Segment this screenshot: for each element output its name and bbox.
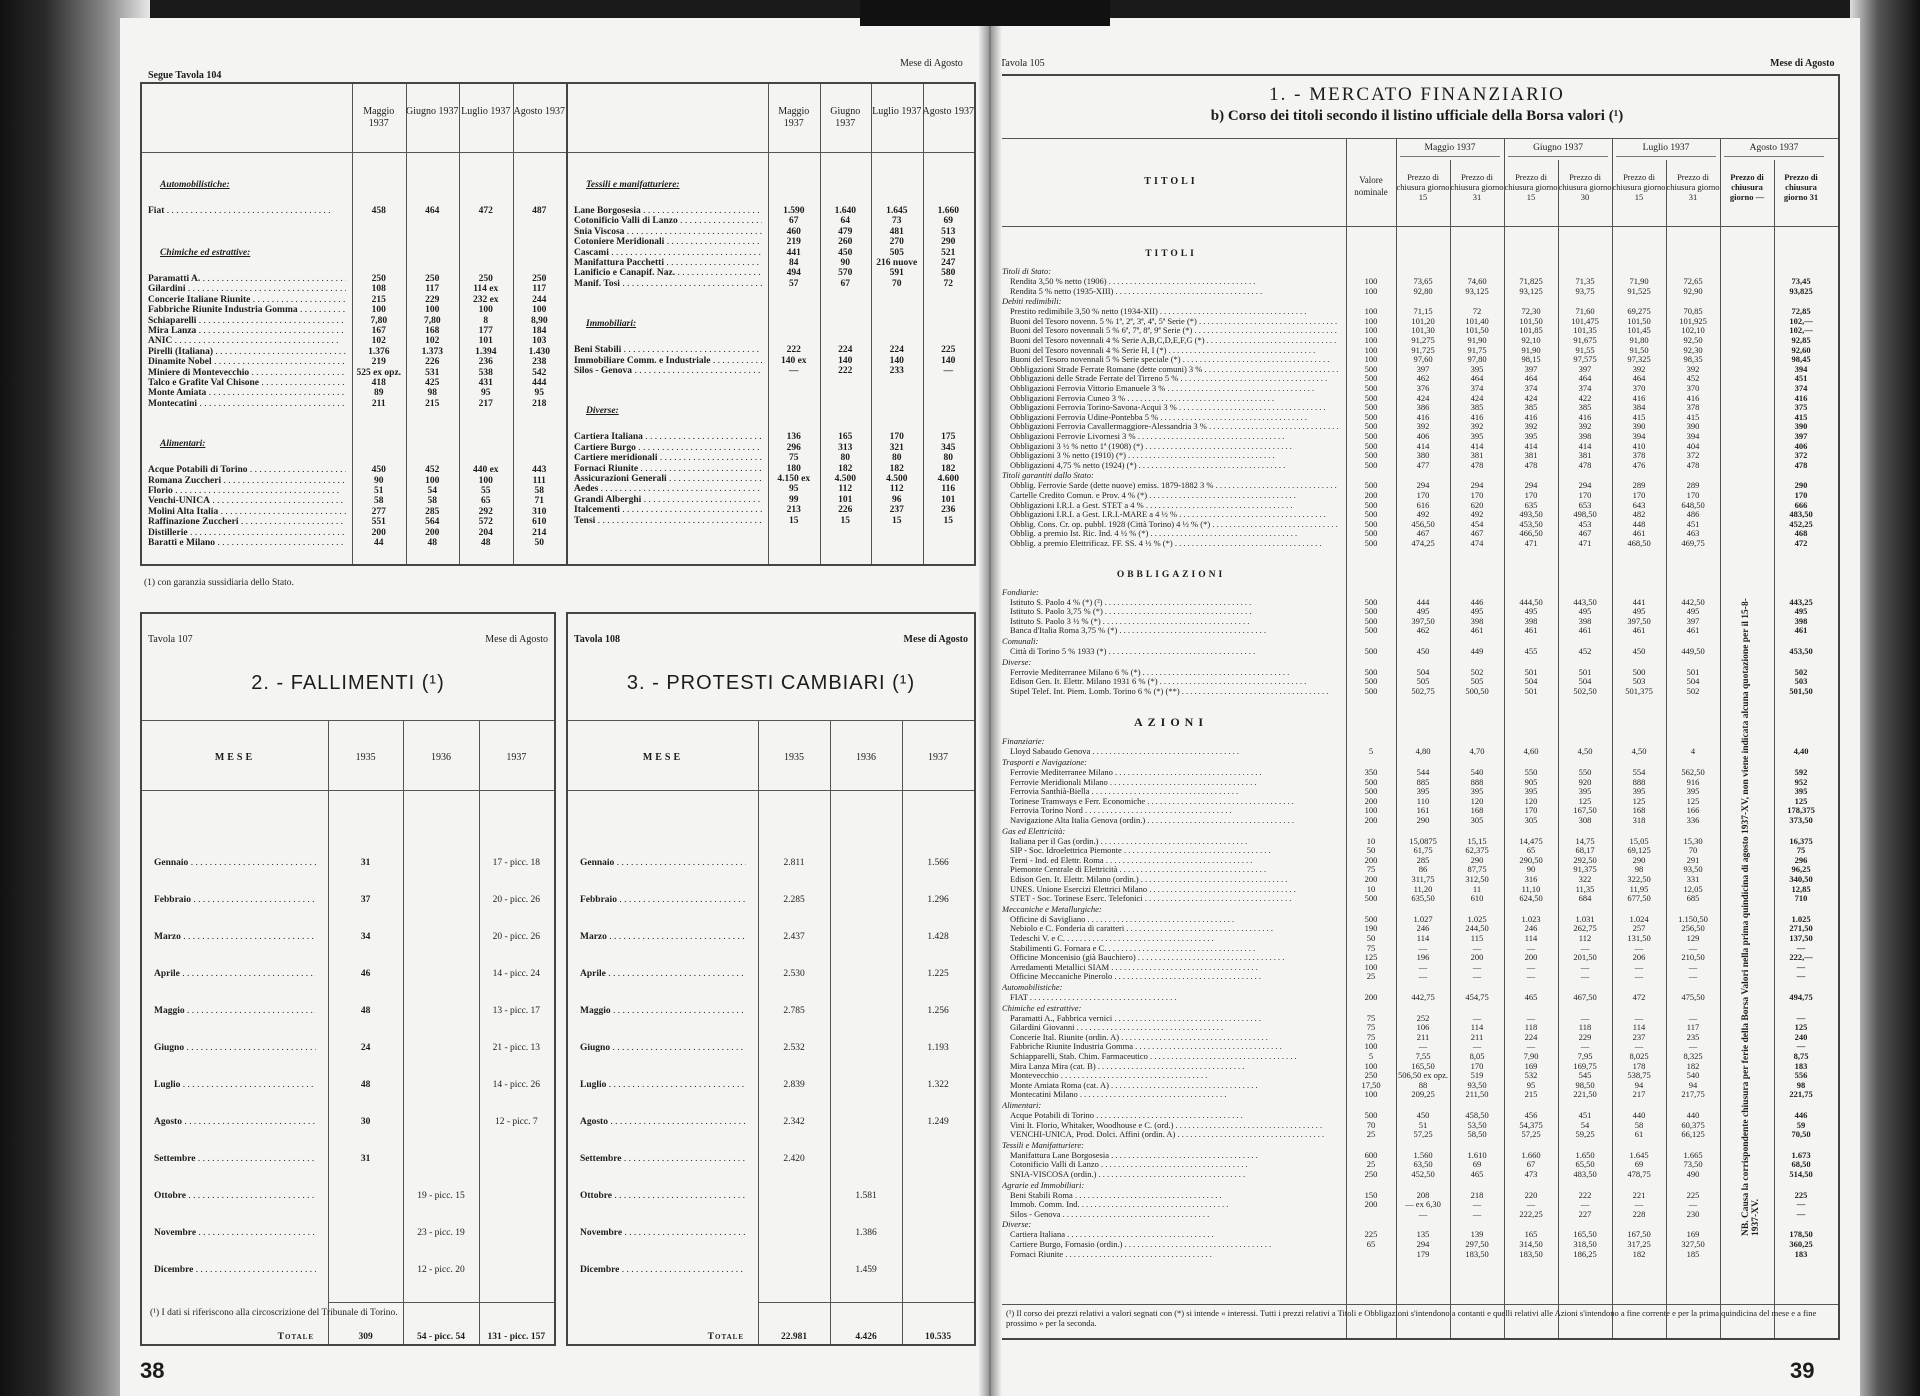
table107-footnote: (¹) I dati si riferiscono alla circoscri… <box>150 1308 398 1318</box>
price-value: 635,50 <box>1396 893 1450 903</box>
price-value: 190 <box>1346 923 1396 933</box>
price-value: 414 <box>1450 441 1504 451</box>
total-value: 309 <box>328 1332 403 1344</box>
price-value: 374 <box>1558 383 1612 393</box>
price-value: 101,50 <box>1450 325 1504 335</box>
titolo-label: Cartiera Italiana <box>1010 1229 1338 1239</box>
price-value: 211 <box>1450 1032 1504 1042</box>
price-value: 504 <box>1504 676 1558 686</box>
price-value: 424 <box>1396 393 1450 403</box>
price-value: — <box>1504 1199 1558 1209</box>
cell-value: 72 <box>923 279 975 291</box>
price-value: 178 <box>1612 1061 1666 1071</box>
price-value: 230 <box>1666 1209 1720 1219</box>
price-value: 170 <box>1612 490 1666 500</box>
table107-caption: Tavola 107 <box>148 634 193 645</box>
price-value: 501 <box>1558 667 1612 677</box>
titolo-label: Italiana per il Gas (ordin.) <box>1010 836 1338 846</box>
price-value: 93,75 <box>1558 286 1612 296</box>
price-value: 312,50 <box>1450 874 1504 884</box>
titolo-label: Rendita 5 % netto (1935-XIII) <box>1010 286 1338 296</box>
right-page: Tavola 105 Mese di Agosto 1. - MERCATO F… <box>990 18 1860 1396</box>
price-value: 501 <box>1504 686 1558 696</box>
price-value: 501 <box>1666 667 1720 677</box>
price-value: 98,45 <box>1774 354 1828 364</box>
column-divider <box>902 720 903 1344</box>
month-label: Gennaio <box>154 858 316 870</box>
column-header: Luglio 1937 <box>459 106 513 118</box>
price-value: 390 <box>1612 421 1666 431</box>
price-value: 201,50 <box>1558 952 1612 962</box>
price-value: 93,50 <box>1450 1080 1504 1090</box>
price-value: 217,75 <box>1666 1089 1720 1099</box>
price-value: 4,60 <box>1504 746 1558 756</box>
price-value: 68,17 <box>1558 845 1612 855</box>
price-value: 395 <box>1504 786 1558 796</box>
price-subheader: Prezzo di chiusura giorno 15 <box>1396 172 1450 202</box>
price-value: 440 <box>1666 1110 1720 1120</box>
price-value: 1.650 <box>1558 1150 1612 1160</box>
price-value: 182 <box>1612 1249 1666 1259</box>
month-label: Giugno <box>154 1043 316 1055</box>
price-value: 62,375 <box>1450 845 1504 855</box>
price-value: 397 <box>1504 364 1558 374</box>
price-value: 502 <box>1774 667 1828 677</box>
price-value: — <box>1396 1041 1450 1051</box>
price-value: 500 <box>1346 914 1396 924</box>
price-value: 92,50 <box>1666 335 1720 345</box>
price-value: 297,50 <box>1450 1239 1504 1249</box>
price-value: 478 <box>1666 460 1720 470</box>
price-value: 500 <box>1346 519 1396 529</box>
price-value: 161 <box>1396 805 1450 815</box>
price-value: 397 <box>1396 364 1450 374</box>
price-value: 101,40 <box>1450 316 1504 326</box>
price-value: 54 <box>1558 1120 1612 1130</box>
cell-value: 215 <box>406 399 460 411</box>
column-header-mese: MESE <box>568 752 758 764</box>
header-divider <box>142 152 566 153</box>
column-header: Giugno 1937 <box>406 106 460 118</box>
price-value: 14,75 <box>1558 836 1612 846</box>
price-value: 478 <box>1774 460 1828 470</box>
price-value: 91,80 <box>1612 335 1666 345</box>
price-value: 69,125 <box>1612 845 1666 855</box>
titolo-label: Prestito redimibile 3,50 % netto (1934-X… <box>1010 306 1338 316</box>
price-value: 478 <box>1558 460 1612 470</box>
price-value: 92,90 <box>1666 286 1720 296</box>
cell-value: 17 - picc. 18 <box>479 858 554 870</box>
table104-footnote: (1) con garanzia sussidiaria dello Stato… <box>144 578 294 588</box>
price-value: 114 <box>1612 1022 1666 1032</box>
price-value: 677,50 <box>1612 893 1666 903</box>
price-value: 125 <box>1346 952 1396 962</box>
price-value: 472 <box>1612 992 1666 1002</box>
price-value: 500 <box>1346 450 1396 460</box>
price-value: 8,05 <box>1450 1051 1504 1061</box>
titolo-label: FIAT <box>1010 992 1338 1002</box>
price-value: — <box>1558 1041 1612 1051</box>
price-value: 477 <box>1396 460 1450 470</box>
price-value: 125 <box>1612 796 1666 806</box>
price-value: 1.025 <box>1450 914 1504 924</box>
totals-label: Totale <box>708 1332 744 1344</box>
month-label: Dicembre <box>154 1265 316 1277</box>
group-name: Chimiche ed estrattive: <box>1002 1003 1081 1013</box>
month-header: Maggio 1937 <box>1396 142 1504 154</box>
price-value: 117 <box>1666 1022 1720 1032</box>
cell-value: 21 - picc. 13 <box>479 1043 554 1055</box>
price-value: 500 <box>1346 686 1396 696</box>
price-value: 97,575 <box>1558 354 1612 364</box>
price-value: 246 <box>1504 923 1558 933</box>
price-value: 185 <box>1666 1249 1720 1259</box>
column-divider <box>830 720 831 1344</box>
price-value: 392 <box>1558 421 1612 431</box>
price-value: — <box>1774 962 1828 972</box>
titolo-label: Buoni del Tesoro novennali 4 % Serie A,B… <box>1010 335 1338 345</box>
price-value: 454,75 <box>1450 992 1504 1002</box>
titolo-label: Cartelle Credito Comun. e Prov. 4 % (*) <box>1010 490 1338 500</box>
price-value: 666 <box>1774 500 1828 510</box>
price-value: — <box>1504 943 1558 953</box>
price-value: 73,50 <box>1666 1159 1720 1169</box>
price-value: 211,50 <box>1450 1089 1504 1099</box>
price-value: 71,825 <box>1504 276 1558 286</box>
price-value: 500 <box>1346 597 1396 607</box>
price-value: 500 <box>1346 893 1396 903</box>
price-value: — <box>1612 1199 1666 1209</box>
price-value: 97,60 <box>1396 354 1450 364</box>
footnote-rule <box>996 1304 1838 1305</box>
price-value: 493,50 <box>1504 509 1558 519</box>
price-value: 392 <box>1504 421 1558 431</box>
price-value: 308 <box>1558 815 1612 825</box>
price-value: 416 <box>1774 393 1828 403</box>
price-value: 498,50 <box>1558 509 1612 519</box>
titolo-label: Istituto S. Paolo 3,75 % (*) <box>1010 606 1338 616</box>
price-value: 10 <box>1346 836 1396 846</box>
titolo-label: Ferrovie Meridionali Milano <box>1010 777 1338 787</box>
price-value: 395 <box>1450 786 1504 796</box>
titolo-label: Istituto S. Paolo 3 ½ % (*) <box>1010 616 1338 626</box>
price-value: 684 <box>1558 893 1612 903</box>
price-value: 66,125 <box>1666 1129 1720 1139</box>
price-value: — <box>1504 962 1558 972</box>
price-value: 183 <box>1774 1061 1828 1071</box>
titolo-label: Obblig. a premio Ist. Ric. Ind. 4 ½ % (*… <box>1010 528 1338 538</box>
titolo-label: Buoni del Tesoro novennali 5 % Serie spe… <box>1010 354 1338 364</box>
price-value: 500 <box>1346 500 1396 510</box>
price-value: — <box>1450 962 1504 972</box>
month-label: Agosto <box>154 1117 316 1129</box>
price-value: 446 <box>1450 597 1504 607</box>
price-value: 385 <box>1504 402 1558 412</box>
month-subrule <box>1508 156 1608 157</box>
cell-value: 1.249 <box>902 1117 974 1129</box>
row-label: Tensi <box>574 516 762 528</box>
price-value: 474 <box>1450 538 1504 548</box>
price-value: 215 <box>1504 1089 1558 1099</box>
cell-value: 2.785 <box>758 1006 830 1018</box>
price-value: 65 <box>1504 845 1558 855</box>
price-value: 540 <box>1666 1070 1720 1080</box>
book-edge-right <box>1850 0 1920 1396</box>
price-value: 450 <box>1396 1110 1450 1120</box>
price-value: 5 <box>1346 746 1396 756</box>
price-value: 394 <box>1774 364 1828 374</box>
price-value: 72,30 <box>1504 306 1558 316</box>
column-header-year: 1937 <box>479 752 554 764</box>
price-value: 454 <box>1450 519 1504 529</box>
price-value: 167,50 <box>1612 1229 1666 1239</box>
month-label: Luglio <box>154 1080 316 1092</box>
price-value: — <box>1396 943 1450 953</box>
price-subheader: Prezzo di chiusura giorno 31 <box>1774 172 1828 202</box>
price-value: 170 <box>1504 490 1558 500</box>
price-value: 100 <box>1346 1041 1396 1051</box>
price-value: 448 <box>1612 519 1666 529</box>
price-value: 7,55 <box>1396 1051 1450 1061</box>
price-value: 290 <box>1450 855 1504 865</box>
month-label: Giugno <box>580 1043 746 1055</box>
price-value: 464 <box>1558 373 1612 383</box>
cell-value: 70 <box>871 279 923 291</box>
price-value: 492 <box>1396 509 1450 519</box>
price-value: 101,85 <box>1504 325 1558 335</box>
price-value: 7,90 <box>1504 1051 1558 1061</box>
price-value: 452 <box>1558 646 1612 656</box>
price-value: 294 <box>1396 480 1450 490</box>
total-value: 54 - picc. 54 <box>403 1332 478 1344</box>
titolo-label: Obbligazioni I.R.I. a Gest. STET a 4 % <box>1010 500 1338 510</box>
price-value: 395 <box>1558 786 1612 796</box>
price-value: 98,50 <box>1558 1080 1612 1090</box>
price-value: 395 <box>1450 431 1504 441</box>
cell-value: 12 - picc. 7 <box>479 1117 554 1129</box>
price-value: 416 <box>1504 412 1558 422</box>
price-value: 464 <box>1504 373 1558 383</box>
cell-value: 218 <box>513 399 567 411</box>
price-value: 624,50 <box>1504 893 1558 903</box>
cell-value: 1.322 <box>902 1080 974 1092</box>
price-value: 322 <box>1558 874 1612 884</box>
price-value: 290,50 <box>1504 855 1558 865</box>
price-value: 885 <box>1396 777 1450 787</box>
price-value: 372 <box>1666 450 1720 460</box>
price-value: 101,30 <box>1396 325 1450 335</box>
price-value: 450 <box>1396 646 1450 656</box>
price-value: 221,50 <box>1558 1089 1612 1099</box>
price-value: 4,80 <box>1396 746 1450 756</box>
price-value: 75 <box>1346 864 1396 874</box>
price-value: — <box>1450 943 1504 953</box>
price-value: 224 <box>1504 1032 1558 1042</box>
price-value: 550 <box>1558 767 1612 777</box>
price-value: 471 <box>1558 538 1612 548</box>
titolo-label: Ferrovia Santhià-Biella <box>1010 786 1338 796</box>
price-value: 415 <box>1666 412 1720 422</box>
price-value: 91,375 <box>1558 864 1612 874</box>
titolo-label: Obbligazioni Strade Ferrate Romane (dett… <box>1010 364 1338 374</box>
table104-right-half: Maggio 1937Giugno 1937Luglio 1937Agosto … <box>566 82 976 566</box>
table104-left-half: Maggio 1937Giugno 1937Luglio 1937Agosto … <box>140 82 568 566</box>
price-value: 370 <box>1612 383 1666 393</box>
price-value: 129 <box>1666 933 1720 943</box>
price-value: 200 <box>1346 855 1396 865</box>
cell-value: 13 - picc. 17 <box>479 1006 554 1018</box>
price-value: 289 <box>1666 480 1720 490</box>
price-value: 483,50 <box>1774 509 1828 519</box>
column-header-year: 1935 <box>328 752 403 764</box>
price-value: 461 <box>1612 528 1666 538</box>
cell-value: 472 <box>459 206 513 218</box>
column-header: Maggio 1937 <box>352 106 406 130</box>
header-bottom-rule <box>568 790 974 791</box>
price-value: 257 <box>1612 923 1666 933</box>
price-value: 350 <box>1346 767 1396 777</box>
total-value: 131 - picc. 157 <box>479 1332 554 1344</box>
table105-caption: Tavola 105 <box>1000 58 1045 69</box>
price-value: 101,20 <box>1396 316 1450 326</box>
price-value: — <box>1396 962 1450 972</box>
price-value: 643 <box>1612 500 1666 510</box>
price-value: 102,— <box>1774 316 1828 326</box>
price-value: 73,45 <box>1774 276 1828 286</box>
titolo-label: Obbligazioni 4,75 % netto (1924) (*) <box>1010 460 1338 470</box>
price-value: 449 <box>1450 646 1504 656</box>
price-value: 502 <box>1450 667 1504 677</box>
cell-value: 2.342 <box>758 1117 830 1129</box>
price-value: 415 <box>1774 412 1828 422</box>
column-header: Agosto 1937 <box>923 106 975 118</box>
price-value: 318,50 <box>1558 1239 1612 1249</box>
price-value: 294 <box>1504 480 1558 490</box>
price-value: 501 <box>1504 667 1558 677</box>
cell-value: 20 - picc. 26 <box>479 895 554 907</box>
price-value: 500 <box>1346 373 1396 383</box>
price-value: 97,80 <box>1450 354 1504 364</box>
price-value: 91,55 <box>1558 345 1612 355</box>
cell-value: 46 <box>328 969 403 981</box>
price-value: 252 <box>1396 1013 1450 1023</box>
price-value: 93,125 <box>1450 286 1504 296</box>
month-divider <box>1720 138 1721 1338</box>
price-value: 222 <box>1558 1190 1612 1200</box>
price-value: 11 <box>1450 884 1504 894</box>
price-value: 635 <box>1504 500 1558 510</box>
price-value: 532 <box>1504 1070 1558 1080</box>
price-value: 500 <box>1346 509 1396 519</box>
price-value: 375 <box>1774 402 1828 412</box>
price-value: — <box>1612 962 1666 972</box>
price-value: 183,50 <box>1504 1249 1558 1259</box>
price-value: — <box>1450 1209 1504 1219</box>
price-value: 92,60 <box>1774 345 1828 355</box>
price-value: 404 <box>1666 441 1720 451</box>
price-value: 920 <box>1558 777 1612 787</box>
price-value: 114 <box>1504 933 1558 943</box>
total-value: 4.426 <box>830 1332 902 1344</box>
price-value: 305 <box>1450 815 1504 825</box>
price-value: 500 <box>1346 402 1396 412</box>
price-value: 360,25 <box>1774 1239 1828 1249</box>
cell-value: — <box>923 366 975 378</box>
titolo-label: Concerie Ital. Riunite (ordin. A) <box>1010 1032 1338 1042</box>
price-value: — <box>1558 1199 1612 1209</box>
price-value: 462 <box>1396 373 1450 383</box>
price-value: 374 <box>1504 383 1558 393</box>
price-value: 443,25 <box>1774 597 1828 607</box>
price-value: 63,50 <box>1396 1159 1450 1169</box>
price-value: 211 <box>1396 1032 1450 1042</box>
price-value: 93,50 <box>1666 864 1720 874</box>
price-value: 68,50 <box>1774 1159 1828 1169</box>
cell-value: 14 - picc. 24 <box>479 969 554 981</box>
price-value: 500 <box>1346 431 1396 441</box>
cell-value: 31 <box>328 1154 403 1166</box>
month-label: Maggio <box>580 1006 746 1018</box>
price-value: 271,50 <box>1774 923 1828 933</box>
price-value: — <box>1612 971 1666 981</box>
cell-value: — <box>768 366 820 378</box>
table105-month-note: Mese di Agosto <box>1770 58 1834 69</box>
price-value: 474,25 <box>1396 538 1450 548</box>
price-value: 500 <box>1346 777 1396 787</box>
price-value: — <box>1666 1199 1720 1209</box>
price-value: 443,50 <box>1558 597 1612 607</box>
titolo-label: Vini It. Florio, Whitaker, Woodhouse e C… <box>1010 1120 1338 1130</box>
price-value: 200 <box>1504 952 1558 962</box>
price-value: 414 <box>1504 441 1558 451</box>
cell-value: 48 <box>406 538 460 550</box>
price-value: 179 <box>1396 1249 1450 1259</box>
price-value: 446 <box>1774 1110 1828 1120</box>
price-value: 94 <box>1612 1080 1666 1090</box>
price-value: 1.023 <box>1504 914 1558 924</box>
titolo-label: Obbligazioni Ferrovia Udine-Pontebba 5 % <box>1010 412 1338 422</box>
price-value: 392 <box>1396 421 1450 431</box>
price-value: 59,25 <box>1558 1129 1612 1139</box>
price-value: 395 <box>1504 431 1558 441</box>
price-value: 169,75 <box>1558 1061 1612 1071</box>
titolo-label: Officine Moncenisio (già Bauchiero) <box>1010 952 1338 962</box>
price-value: 11,20 <box>1396 884 1450 894</box>
price-value: 8,025 <box>1612 1051 1666 1061</box>
totals-rule <box>758 1302 974 1303</box>
price-value: 398 <box>1504 616 1558 626</box>
price-value: 100 <box>1346 335 1396 345</box>
price-value: 444,50 <box>1504 597 1558 607</box>
price-value: 101,35 <box>1558 325 1612 335</box>
price-value: 93,125 <box>1504 286 1558 296</box>
price-value: 70,50 <box>1774 1129 1828 1139</box>
table107-fallimenti: Tavola 107 Mese di Agosto 2. - FALLIMENT… <box>140 612 556 1346</box>
price-value: 72 <box>1450 306 1504 316</box>
price-value: 167,50 <box>1558 805 1612 815</box>
cell-value: 487 <box>513 206 567 218</box>
price-value: 87,75 <box>1450 864 1504 874</box>
price-value: 452 <box>1666 373 1720 383</box>
price-value: 451 <box>1774 373 1828 383</box>
price-value: 380 <box>1396 450 1450 460</box>
price-value: 556 <box>1774 1070 1828 1080</box>
price-value: 453,50 <box>1774 646 1828 656</box>
price-value: 15,30 <box>1666 836 1720 846</box>
price-value: 168 <box>1450 805 1504 815</box>
price-value: 504 <box>1666 676 1720 686</box>
price-value: 331 <box>1666 874 1720 884</box>
